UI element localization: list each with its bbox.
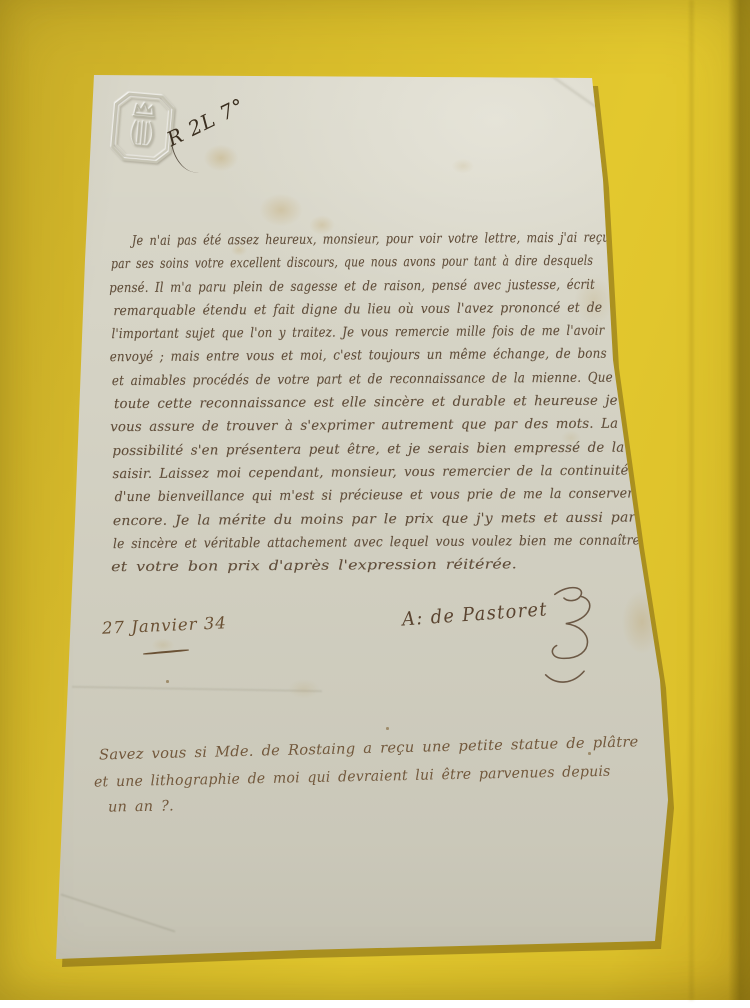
ink-speck — [386, 727, 389, 730]
ink-speck — [588, 752, 591, 755]
handwriting-line: pensé. Il m'a paru plein de sagesse et d… — [109, 273, 595, 300]
stain — [448, 156, 478, 176]
backdrop-crease — [690, 0, 693, 1000]
handwriting-line: et votre bon prix d'après l'expression r… — [111, 553, 517, 579]
signature: A: de Pastoret — [401, 598, 559, 631]
photo-background: R 2L 7° Je n'ai pas été assez heureux, m… — [0, 0, 750, 1000]
stain — [252, 188, 310, 232]
handwriting-line: Je n'ai pas été assez heureux, monsieur,… — [132, 227, 610, 254]
ink-speck — [166, 680, 169, 683]
handwriting-line: et aimables procédés de votre part et de… — [112, 366, 613, 393]
handwriting-line: par ses soins votre excellent discours, … — [111, 250, 593, 277]
crease — [72, 686, 322, 692]
letter-paper: R 2L 7° Je n'ai pas été assez heureux, m… — [0, 0, 750, 1000]
stain — [615, 580, 669, 664]
handwriting-line: toute cette reconnaissance est elle sinc… — [114, 390, 618, 417]
postscript-line: Savez vous si Mde. de Rostaing a reçu un… — [99, 735, 631, 764]
postscript-line: un an ?. — [108, 798, 174, 815]
postscript-line: et une lithographie de moi qui devraient… — [94, 763, 627, 790]
backdrop-fold-shadow — [728, 0, 750, 1000]
crease — [61, 893, 176, 932]
handwriting-line: envoyé ; mais entre vous et moi, c'est t… — [110, 343, 607, 370]
signature-flourish-icon — [542, 580, 606, 692]
stain — [283, 676, 325, 702]
handwriting-line: l'important sujet que l'on y traitez. Je… — [111, 320, 604, 347]
date-underline — [143, 649, 189, 655]
handwriting-line: le sincère et véritable attachement avec… — [113, 529, 640, 556]
date-line: 27 Janvier 34 — [102, 613, 228, 637]
letter-body: Je n'ai pas été assez heureux, monsieur,… — [111, 226, 716, 580]
handwriting-line: remarquable étendu et fait digne du lieu… — [113, 297, 602, 324]
handwriting-line: vous assure de trouver à s'exprimer autr… — [110, 413, 618, 440]
stain — [198, 140, 244, 176]
